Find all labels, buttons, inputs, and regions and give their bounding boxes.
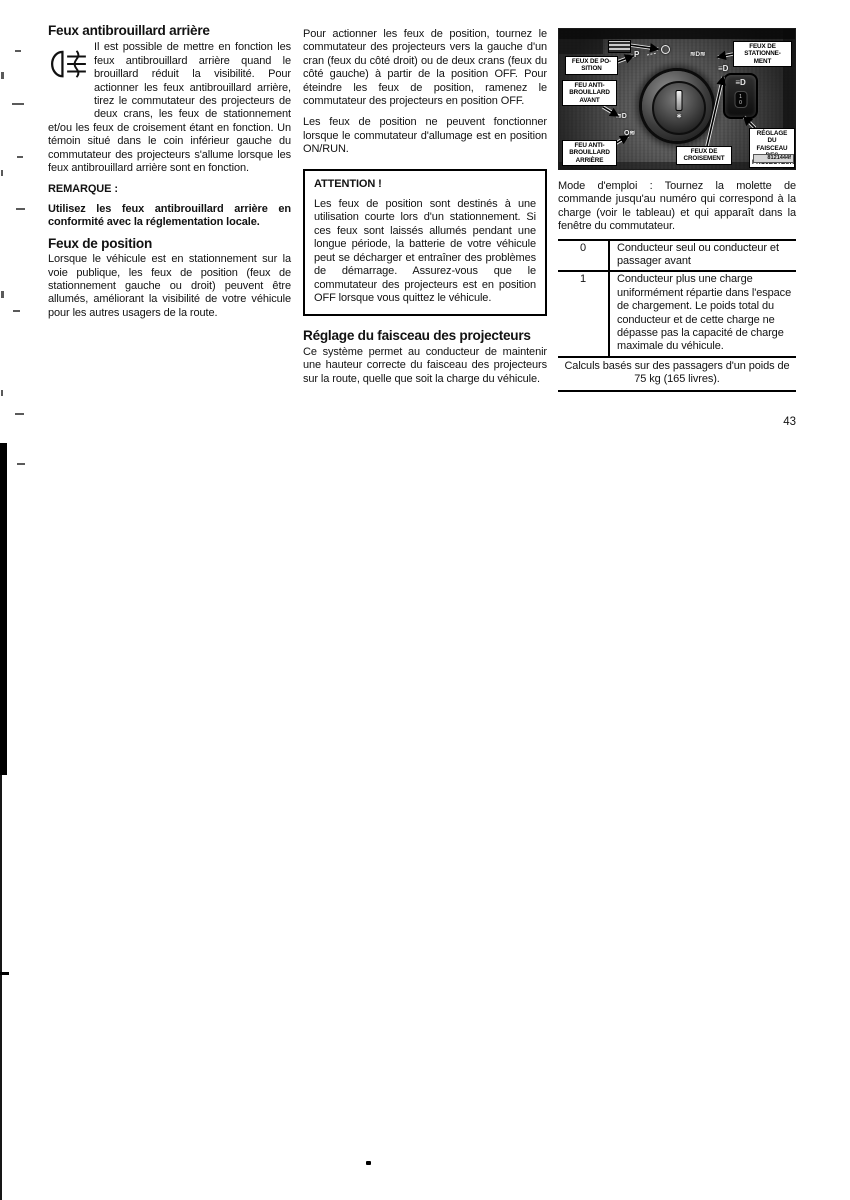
paragraph-position-operate: Pour actionner les feux de position, tou… xyxy=(303,28,547,108)
table-cell-setting: 1 xyxy=(558,272,608,355)
paragraph-position-lights: Lorsque le véhicule est en stationnement… xyxy=(48,253,291,320)
scan-artifact xyxy=(17,463,25,465)
scan-artifact xyxy=(1,390,3,396)
column-middle: Pour actionner les feux de position, tou… xyxy=(303,28,547,394)
scan-artifact xyxy=(1,291,4,298)
page-number: 43 xyxy=(760,416,796,428)
attention-box: ATTENTION ! Les feux de position sont de… xyxy=(303,169,547,317)
scan-artifact xyxy=(17,156,23,158)
scan-artifact xyxy=(15,413,24,415)
table-footnote: Calculs basés sur des passagers d'un poi… xyxy=(558,358,796,392)
table-cell-setting: 0 xyxy=(558,241,608,271)
headlight-switch-photo: ∗ ≡D 1 0 P ≋D≋ ≡D ≋D O≋ xyxy=(558,28,796,170)
table-cell-description: Conducteur seul ou conducteur et passage… xyxy=(608,241,796,271)
scan-artifact xyxy=(0,443,7,775)
rear-fog-light-icon xyxy=(48,41,94,121)
scan-artifact xyxy=(0,972,9,975)
section-heading-position-lights: Feux de position xyxy=(48,237,291,250)
scan-artifact xyxy=(16,208,25,210)
photo-reference-code: 8121444f xyxy=(753,154,794,163)
figure-caption: Mode d'emploi : Tournez la molette de co… xyxy=(558,180,796,234)
table-cell-description: Conducteur plus une charge uniformément … xyxy=(608,272,796,355)
scan-artifact xyxy=(0,775,2,1200)
table-row: 0 Conducteur seul ou conducteur et passa… xyxy=(558,241,796,273)
scan-artifact xyxy=(13,310,20,312)
scan-artifact xyxy=(1,170,3,176)
table-row: 1 Conducteur plus une charge uniformémen… xyxy=(558,272,796,357)
callout-front-fog: FEU ANTI- BROUILLARD AVANT xyxy=(562,80,617,106)
column-left: Feux antibrouillard arrière Il est possi… xyxy=(48,24,291,328)
remark-label: REMARQUE : xyxy=(48,183,291,196)
scan-artifact xyxy=(12,103,24,105)
load-setting-table: 0 Conducteur seul ou conducteur et passa… xyxy=(558,239,796,392)
callout-rear-fog: FEU ANTI- BROUILLARD ARRIÈRE xyxy=(562,140,617,166)
scan-artifact xyxy=(15,50,21,52)
callout-low-beam: FEUX DE CROISEMENT xyxy=(676,146,732,165)
paragraph-beam-adjust: Ce système permet au conducteur de maint… xyxy=(303,346,547,386)
callout-parking: FEUX DE STATIONNE- MENT xyxy=(733,41,792,67)
paragraph-position-onrun: Les feux de position ne peuvent fonction… xyxy=(303,116,547,156)
attention-text: Les feux de position sont destinés à une… xyxy=(314,198,536,305)
scan-artifact xyxy=(366,1161,371,1165)
remark-text: Utilisez les feux antibrouillard arrière… xyxy=(48,203,291,230)
attention-title: ATTENTION ! xyxy=(314,178,536,191)
section-heading-beam-adjust: Réglage du faisceau des projecteurs xyxy=(303,329,547,342)
mini-label-box xyxy=(608,40,631,53)
paragraph-rear-fog: Il est possible de mettre en fonction le… xyxy=(48,41,291,175)
column-right: ∗ ≡D 1 0 P ≋D≋ ≡D ≋D O≋ xyxy=(558,28,796,392)
section-heading-rear-fog: Feux antibrouillard arrière xyxy=(48,24,291,37)
scan-artifact xyxy=(1,72,4,79)
callout-position: FEUX DE PO- SITION xyxy=(565,56,618,75)
